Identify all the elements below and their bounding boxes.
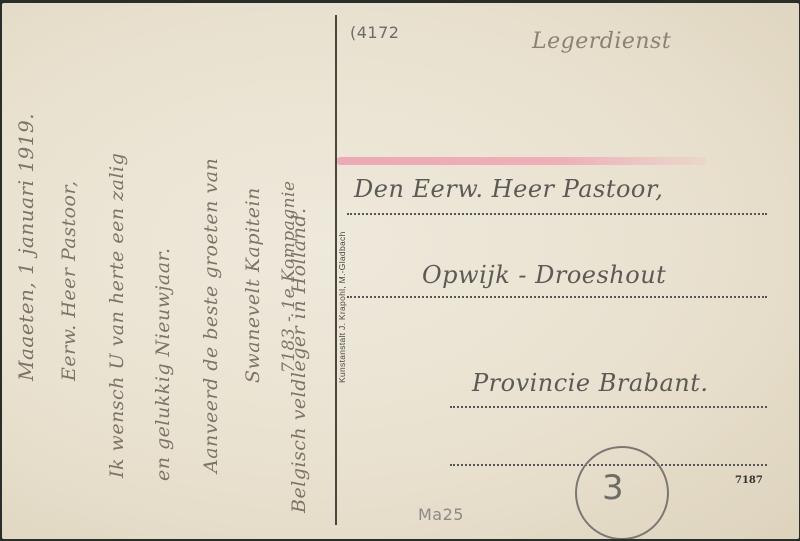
message-line-8: Belgisch veldleger in Holland. [288,207,310,513]
archive-number: (4172 [350,23,399,42]
message-line-2: Eerw. Heer Pastoor, [58,180,80,381]
address-dotted-line-3 [450,406,767,408]
pink-stripe [337,157,707,165]
postcard-back: Maaeten, 1 januari 1919. Eerw. Heer Past… [2,3,799,539]
address-dotted-line-1 [347,213,767,215]
message-line-3: Ik wensch U van herte een zalig [106,153,128,478]
message-line-5: Aanveerd de beste groeten van [200,158,222,473]
message-line-4: en gelukkig Nieuwjaar. [152,247,174,481]
card-number: 7187 [735,475,763,486]
address-line-3: Provincie Brabant. [472,369,709,397]
pencil-note: Ma25 [418,505,464,524]
address-dotted-line-2 [347,296,767,298]
printer-imprint: Kunstanstalt J. Krapohl, M.-Gladbach [337,231,347,383]
message-line-1: Maaeten, 1 januari 1919. [14,113,38,381]
circled-number: 3 [602,468,624,508]
service-label: Legerdienst [532,29,671,54]
message-line-6: Swanevelt Kapitein [242,187,264,383]
address-line-2: Opwijk - Droeshout [422,261,666,289]
address-line-1: Den Eerw. Heer Pastoor, [354,175,663,203]
